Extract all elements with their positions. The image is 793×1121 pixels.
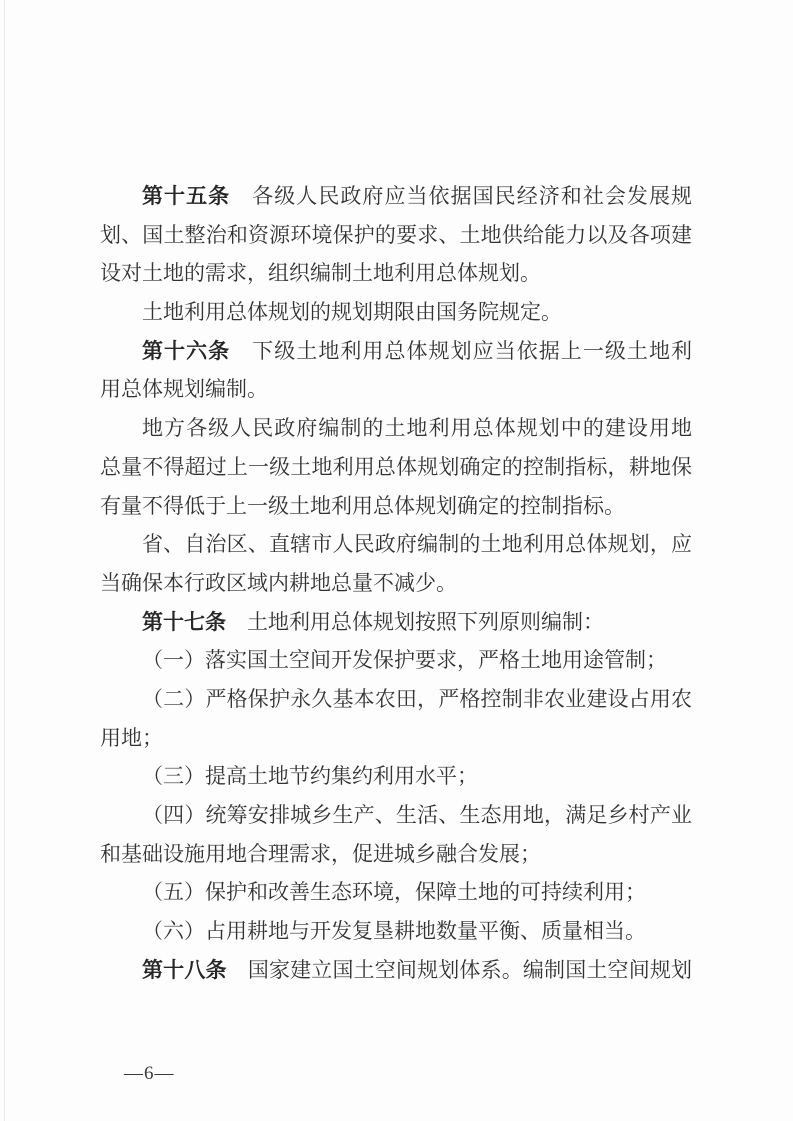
text-line: 有量不得低于上一级土地利用总体规划确定的控制指标。 (100, 487, 692, 526)
text-line: 当确保本行政区域内耕地总量不减少。 (100, 564, 692, 603)
article-opening-line: 第十七条 土地利用总体规划按照下列原则编制： (100, 603, 692, 642)
text-line: （一）落实国土空间开发保护要求，严格土地用途管制； (100, 641, 692, 680)
text-line: 和基础设施用地合理需求，促进城乡融合发展； (100, 835, 692, 874)
text-line: 划、国土整治和资源环境保护的要求、土地供给能力以及各项建 (100, 216, 692, 255)
text-line: 地方各级人民政府编制的土地利用总体规划中的建设用地 (100, 409, 692, 448)
text-line: （六）占用耕地与开发复垦耕地数量平衡、质量相当。 (100, 912, 692, 951)
text-line: （四）统筹安排城乡生产、生活、生态用地，满足乡村产业 (100, 796, 692, 835)
article-number: 第十八条 (142, 959, 227, 982)
text-line: 土地利用总体规划的规划期限由国务院规定。 (100, 293, 692, 332)
text-line: （三）提高土地节约集约利用水平； (100, 757, 692, 796)
article-number: 第十六条 (142, 340, 230, 363)
article-number: 第十七条 (142, 611, 226, 634)
text-line: 用地； (100, 719, 692, 758)
text-line: 总量不得超过上一级土地利用总体规划确定的控制指标，耕地保 (100, 448, 692, 487)
text-line: （二）严格保护永久基本农田，严格控制非农业建设占用农 (100, 680, 692, 719)
document-text-block: 第十五条 各级人民政府应当依据国民经济和社会发展规划、国土整治和资源环境保护的要… (100, 177, 692, 989)
text-line: 用总体规划编制。 (100, 370, 692, 409)
document-page: 第十五条 各级人民政府应当依据国民经济和社会发展规划、国土整治和资源环境保护的要… (0, 0, 793, 1121)
text-line: 省、自治区、直辖市人民政府编制的土地利用总体规划，应 (100, 525, 692, 564)
article-number: 第十五条 (142, 185, 230, 208)
article-opening-line: 第十六条 下级土地利用总体规划应当依据上一级土地利 (100, 332, 692, 371)
article-opening-line: 第十五条 各级人民政府应当依据国民经济和社会发展规 (100, 177, 692, 216)
page-number: —6— (124, 1062, 175, 1086)
text-line: 设对土地的需求，组织编制土地利用总体规划。 (100, 254, 692, 293)
scan-edge-artifact (4, 0, 5, 1121)
text-line: （五）保护和改善生态环境，保障土地的可持续利用； (100, 873, 692, 912)
article-opening-line: 第十八条 国家建立国土空间规划体系。编制国土空间规划 (100, 951, 692, 990)
